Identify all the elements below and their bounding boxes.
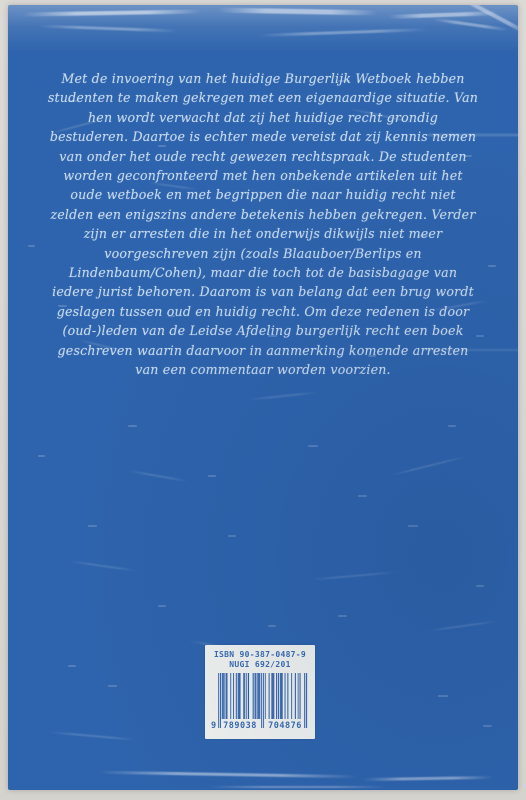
wrap-streak (452, 5, 518, 38)
wrap-streak (218, 8, 378, 16)
scan-speckle (28, 245, 35, 247)
ean-digit-leading: 9 (211, 721, 218, 731)
ean-barcode: 9 789038 704876 (211, 673, 309, 731)
scan-speckle (38, 455, 45, 457)
scan-speckle (108, 685, 117, 687)
blurb-line: Met de invoering van het huidige Burgerl… (43, 69, 483, 88)
wrap-streak (68, 560, 138, 572)
wrap-streak (389, 455, 467, 476)
blurb-line: bestuderen. Daartoe is echter mede verei… (43, 127, 483, 146)
wrap-streak (38, 25, 178, 33)
scan-speckle (438, 695, 448, 697)
blurb-line: geslagen tussen oud en huidig recht. Om … (43, 302, 483, 321)
scan-speckle (483, 725, 492, 727)
book-photo: Met de invoering van het huidige Burgerl… (0, 0, 526, 800)
wrap-streak (308, 571, 398, 581)
blurb-line: Lindenbaum/Cohen), maar die toch tot de … (43, 263, 483, 282)
ean-digits: 9 789038 704876 (211, 720, 309, 731)
scan-speckle (228, 535, 236, 537)
blurb-line: oude wetboek en met begrippen die naar h… (43, 185, 483, 204)
wrap-streak (98, 771, 358, 779)
wrap-streak (248, 391, 318, 400)
wrap-streak (363, 776, 493, 781)
scan-speckle (448, 425, 456, 427)
scan-speckle (268, 625, 276, 627)
scan-speckle (358, 495, 367, 497)
scan-speckle (338, 615, 347, 617)
wrap-streak (48, 731, 138, 741)
blurb-line: zelden een enigszins andere betekenis he… (43, 205, 483, 224)
wrap-streak (22, 9, 202, 16)
blurb-line: iedere jurist behoren. Daarom is van bel… (43, 282, 483, 301)
wrap-streak (258, 28, 428, 37)
blurb-line: studenten te maken gekregen met een eige… (43, 88, 483, 107)
scan-speckle (158, 605, 166, 607)
nugi-number: NUGI 692/201 (205, 660, 315, 670)
scan-speckle (68, 665, 76, 667)
blurb-line: hen wordt verwacht dat zij het huidige r… (43, 108, 483, 127)
book-back-cover: Met de invoering van het huidige Burgerl… (8, 5, 518, 790)
blurb-line: van onder het oude recht gewezen rechtsp… (43, 147, 483, 166)
blurb-line: (oud-)leden van de Leidse Afdeling burge… (43, 321, 483, 340)
blurb-line: geschreven waarin daarvoor in aanmerking… (43, 341, 483, 360)
isbn-number: ISBN 90-387-0487-9 (205, 645, 315, 660)
blurb-line: voorgeschreven zijn (zoals Blaauboer/Ber… (43, 244, 483, 263)
scan-speckle (208, 475, 216, 477)
blurb-line: zijn er arresten die in het onderwijs di… (43, 224, 483, 243)
wrap-streak (428, 620, 498, 632)
isbn-label: ISBN 90-387-0487-9 NUGI 692/201 9 789038… (205, 645, 315, 739)
wrap-streak (208, 786, 388, 788)
wrap-streak (433, 18, 508, 31)
wrap-streak (128, 470, 187, 482)
ean-digit-group-2: 704876 (266, 721, 304, 731)
wrap-streak (388, 11, 498, 19)
scan-speckle (488, 265, 496, 267)
scan-speckle (308, 445, 318, 447)
scan-speckle (88, 525, 97, 527)
blurb-line: worden geconfronteerd met hen onbekende … (43, 166, 483, 185)
back-cover-blurb: Met de invoering van het huidige Burgerl… (43, 69, 483, 380)
scan-speckle (128, 425, 137, 427)
scan-speckle (408, 525, 418, 527)
ean-digit-group-1: 789038 (221, 721, 259, 731)
scan-speckle (476, 585, 484, 587)
blurb-line: van een commentaar worden voorzien. (43, 360, 483, 379)
